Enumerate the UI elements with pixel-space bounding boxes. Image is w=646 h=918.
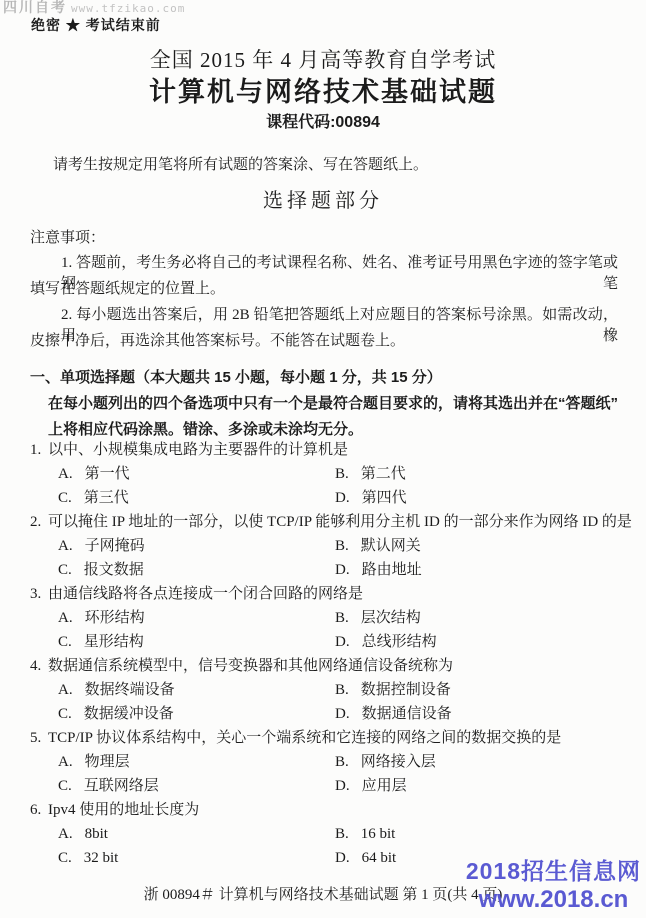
option-b: B.16 bit (335, 822, 395, 846)
option-label: A. (58, 678, 73, 702)
option-label: B. (335, 750, 349, 774)
part-one-note-line-2: 上将相应代码涂黑。错涂、多涂或未涂均无分。 (48, 418, 363, 439)
option-text: 报文数据 (84, 562, 144, 578)
question-stem: Ipv4 使用的地址长度为 (48, 798, 199, 822)
option-label: D. (335, 486, 350, 510)
option-c: C.第三代 (58, 486, 335, 510)
part-one-heading: 一、单项选择题（本大题共 15 小题，每小题 1 分，共 15 分） (30, 366, 442, 387)
option-text: 第三代 (84, 490, 129, 506)
option-text: 互联网络层 (84, 778, 159, 794)
option-c: C.互联网络层 (58, 774, 335, 798)
option-a: A.物理层 (58, 750, 335, 774)
watermark-site-url: www.tfzikao.com (71, 2, 185, 15)
question-stem: 数据通信系统模型中，信号变换器和其他网络通信设备统称为 (48, 654, 453, 678)
option-text: 星形结构 (84, 634, 144, 650)
option-a: A.子网掩码 (58, 534, 335, 558)
option-text: 默认网关 (361, 538, 421, 554)
question-1: 1.以中、小规模集成电路为主要器件的计算机是 A.第一代 B.第二代 C.第三代… (30, 438, 632, 510)
option-d: D.第四代 (335, 486, 407, 510)
option-label: A. (58, 822, 73, 846)
option-b: B.层次结构 (335, 606, 421, 630)
option-d: D.路由地址 (335, 558, 422, 582)
option-c: C.报文数据 (58, 558, 335, 582)
option-label: B. (335, 678, 349, 702)
option-c: C.星形结构 (58, 630, 335, 654)
option-text: 8bit (85, 826, 108, 842)
option-d: D.应用层 (335, 774, 407, 798)
part-one-note-line-1: 在每小题列出的四个备选项中只有一个是最符合题目要求的，请将其选出并在“答题纸” (48, 392, 618, 413)
option-text: 数据缓冲设备 (84, 706, 174, 722)
option-a: A.8bit (58, 822, 335, 846)
option-text: 数据通信设备 (362, 706, 452, 722)
option-a: A.环形结构 (58, 606, 335, 630)
option-text: 第一代 (85, 466, 130, 482)
option-text: 32 bit (84, 850, 119, 866)
question-stem: 由通信线路将各点连接成一个闭合回路的网络是 (48, 582, 363, 606)
option-label: B. (335, 606, 349, 630)
option-label: A. (58, 462, 73, 486)
question-number: 6. (30, 798, 48, 822)
watermark-bottom: 2018招生信息网 www.2018.cn (466, 853, 641, 914)
option-b: B.第二代 (335, 462, 406, 486)
option-a: A.数据终端设备 (58, 678, 335, 702)
option-c: C.32 bit (58, 846, 335, 870)
option-label: C. (58, 702, 72, 726)
option-text: 数据控制设备 (361, 682, 451, 698)
option-text: 16 bit (361, 826, 396, 842)
question-3: 3.由通信线路将各点连接成一个闭合回路的网络是 A.环形结构 B.层次结构 C.… (30, 582, 632, 654)
option-label: B. (335, 534, 349, 558)
option-label: D. (335, 846, 350, 870)
question-4: 4.数据通信系统模型中，信号变换器和其他网络通信设备统称为 A.数据终端设备 B… (30, 654, 632, 726)
question-stem: 可以掩住 IP 地址的一部分，以使 TCP/IP 能够利用分主机 ID 的一部分… (48, 510, 632, 534)
option-text: 子网掩码 (85, 538, 145, 554)
option-label: C. (58, 486, 72, 510)
option-label: C. (58, 558, 72, 582)
option-text: 路由地址 (362, 562, 422, 578)
option-text: 网络接入层 (361, 754, 436, 770)
question-5: 5.TCP/IP 协议体系结构中，关心一个端系统和它连接的网络之间的数据交换的是… (30, 726, 632, 798)
option-text: 物理层 (85, 754, 130, 770)
section-heading: 选择题部分 (0, 184, 646, 213)
question-stem: 以中、小规模集成电路为主要器件的计算机是 (48, 438, 348, 462)
option-label: C. (58, 846, 72, 870)
note-2-line-2: 皮擦干净后，再选涂其他答案标号。不能答在试题卷上。 (30, 329, 405, 350)
exam-paper-page: 四川自考 www.tfzikao.com 绝密 ★ 考试结束前 全国 2015 … (0, 0, 646, 918)
question-2: 2.可以掩住 IP 地址的一部分，以使 TCP/IP 能够利用分主机 ID 的一… (30, 510, 632, 582)
note-1-line-2: 填写在答题纸规定的位置上。 (30, 277, 225, 298)
question-number: 4. (30, 654, 48, 678)
option-d: D.64 bit (335, 846, 396, 870)
option-label: D. (335, 630, 350, 654)
option-text: 第四代 (362, 490, 407, 506)
option-b: B.默认网关 (335, 534, 421, 558)
question-list: 1.以中、小规模集成电路为主要器件的计算机是 A.第一代 B.第二代 C.第三代… (30, 438, 632, 870)
security-label: 绝密 ★ 考试结束前 (31, 15, 161, 35)
option-label: C. (58, 774, 72, 798)
option-text: 层次结构 (361, 610, 421, 626)
option-d: D.数据通信设备 (335, 702, 452, 726)
option-b: B.数据控制设备 (335, 678, 451, 702)
option-label: D. (335, 558, 350, 582)
question-stem: TCP/IP 协议体系结构中，关心一个端系统和它连接的网络之间的数据交换的是 (48, 726, 561, 750)
option-text: 环形结构 (85, 610, 145, 626)
notes-title: 注意事项： (30, 226, 105, 247)
question-number: 2. (30, 510, 48, 534)
paper-title: 计算机与网络技术基础试题 (0, 70, 646, 109)
option-text: 第二代 (361, 466, 406, 482)
option-label: A. (58, 606, 73, 630)
option-label: B. (335, 822, 349, 846)
option-label: B. (335, 462, 349, 486)
watermark-bottom-site-name: 2018招生信息网 (466, 853, 641, 886)
question-number: 3. (30, 582, 48, 606)
option-text: 应用层 (362, 778, 407, 794)
option-text: 64 bit (362, 850, 397, 866)
option-a: A.第一代 (58, 462, 335, 486)
option-label: D. (335, 702, 350, 726)
option-c: C.数据缓冲设备 (58, 702, 335, 726)
answer-sheet-instruction: 请考生按规定用笔将所有试题的答案涂、写在答题纸上。 (53, 153, 428, 174)
watermark-bottom-site-url: www.2018.cn (466, 886, 641, 914)
course-code: 课程代码:00894 (0, 109, 646, 132)
option-d: D.总线形结构 (335, 630, 437, 654)
option-label: D. (335, 774, 350, 798)
option-text: 总线形结构 (362, 634, 437, 650)
question-number: 1. (30, 438, 48, 462)
option-label: A. (58, 750, 73, 774)
watermark-site-name: 四川自考 (3, 1, 67, 16)
option-label: C. (58, 630, 72, 654)
question-number: 5. (30, 726, 48, 750)
option-b: B.网络接入层 (335, 750, 436, 774)
option-text: 数据终端设备 (85, 682, 175, 698)
option-label: A. (58, 534, 73, 558)
